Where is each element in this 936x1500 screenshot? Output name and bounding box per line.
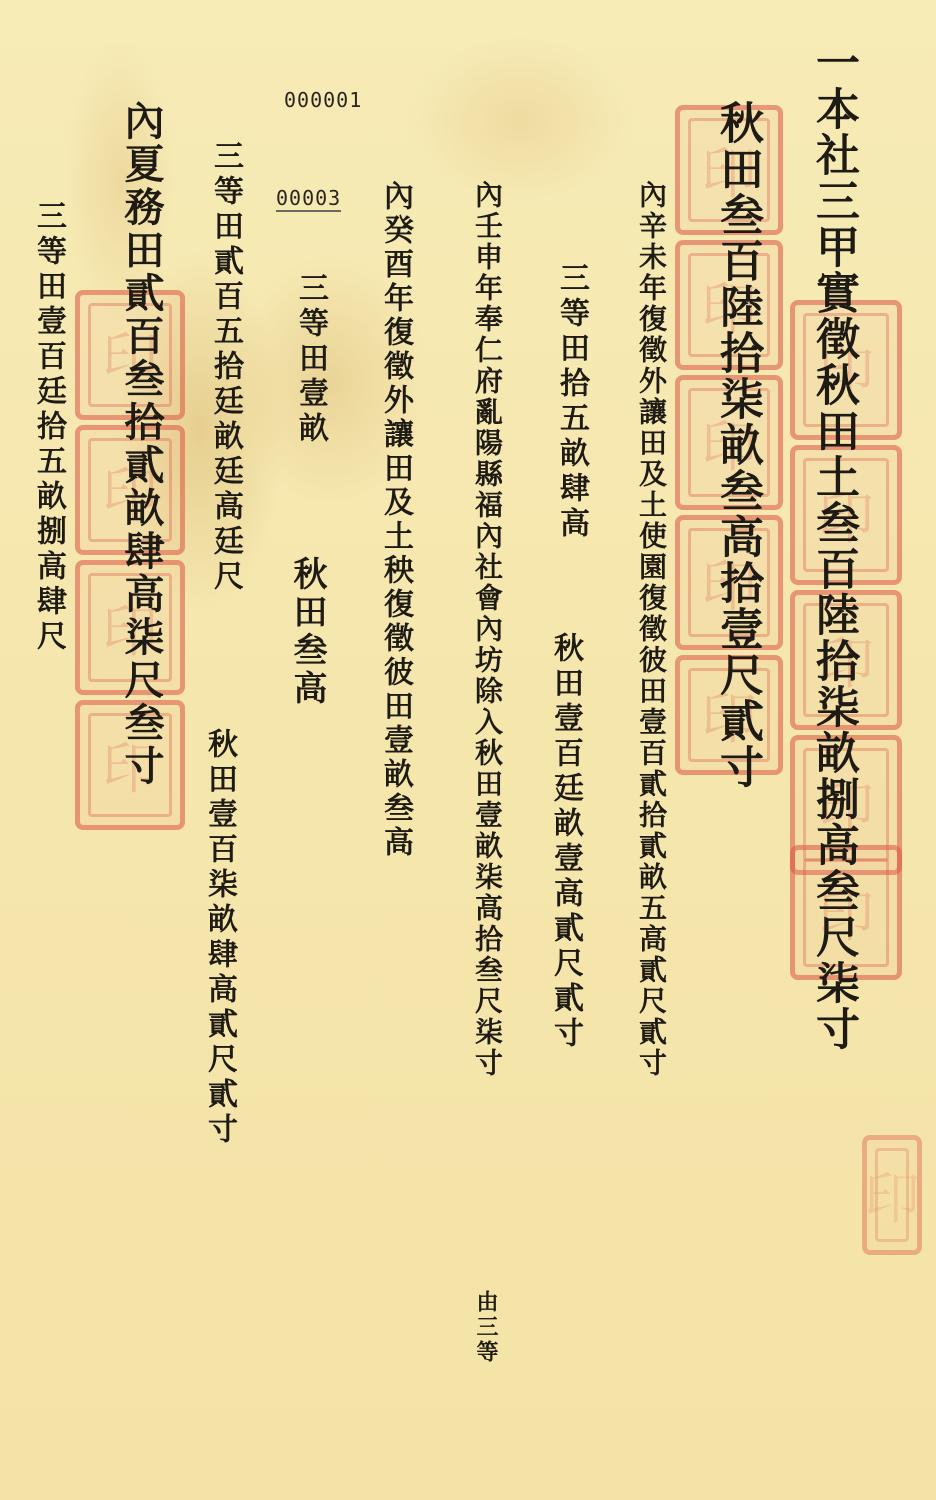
text-column-8-bottom: 秋田壹百柒畝肆高貳尺貳寸 [201,728,237,1148]
faint-red-seal [862,1135,922,1255]
text-column-2: 秋田叁百陸拾柒畝叁高拾壹尺貳寸 [712,100,762,790]
text-column-7-top: 三等田壹畝 [292,272,328,447]
text-column-1: 一本社三甲實徵秋田土叁百陸拾柒畝捌高叁尺柒寸 [808,40,858,1052]
text-column-3: 內辛未年復徵外讓田及土使園復徵彼田壹百貳拾貳畝五高貳尺貳寸 [634,180,668,1079]
serial-number-top: 000001 [284,88,362,112]
text-column-8-top: 三等田貳百五拾廷畝廷高廷尺 [207,140,243,595]
text-column-6: 內癸酉年復徵外讓田及土秧復徵彼田壹畝叁高 [377,180,413,860]
document-page: 000001 00003 一本社三甲實徵秋田土叁百陸拾柒畝捌高叁尺柒寸 秋田叁百… [0,0,936,1500]
text-column-7-bottom: 秋田叁高 [287,556,327,708]
text-column-10: 三等田壹百廷拾五畝捌高肆尺 [30,200,66,655]
text-column-4-top: 三等田拾五畝肆高 [553,262,589,542]
serial-number-second: 00003 [276,186,341,212]
text-column-9: 內夏務田貳百叁拾貳畝肆高柒尺叁寸 [118,100,164,788]
text-column-5-note: 由三等 [472,1290,500,1365]
text-column-5: 內壬申年奉仁府亂陽縣福內社會內坊除入秋田壹畝柒高拾叁尺柒寸 [470,180,504,1079]
text-column-4-bottom: 秋田壹百廷畝壹高貳尺貳寸 [547,632,583,1052]
